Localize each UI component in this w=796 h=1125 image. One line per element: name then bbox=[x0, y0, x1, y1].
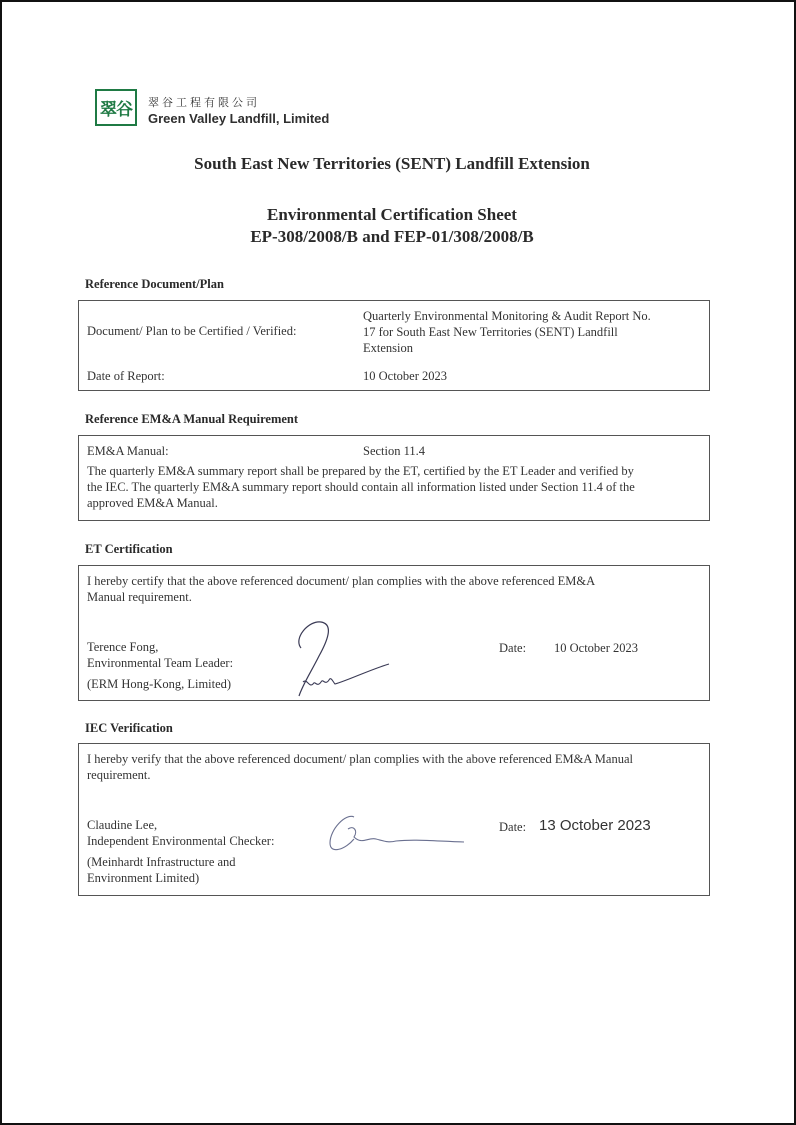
et-signatory-org: (ERM Hong-Kong, Limited) bbox=[87, 676, 231, 692]
document-title: Environmental Certification Sheet EP-308… bbox=[0, 204, 784, 248]
document-value-line: 17 for South East New Territories (SENT)… bbox=[363, 324, 703, 340]
signature-terence-fong-icon bbox=[289, 616, 399, 698]
permit-numbers: EP-308/2008/B and FEP-01/308/2008/B bbox=[0, 226, 784, 248]
project-title: South East New Territories (SENT) Landfi… bbox=[0, 154, 784, 174]
document-value-line: Extension bbox=[363, 340, 703, 356]
reference-document-box: Document/ Plan to be Certified / Verifie… bbox=[78, 300, 710, 391]
manual-label: EM&A Manual: bbox=[87, 443, 169, 459]
statement-line: requirement. bbox=[87, 767, 707, 783]
et-statement: I hereby certify that the above referenc… bbox=[87, 573, 707, 605]
iec-signatory-org: (Meinhardt Infrastructure and Environmen… bbox=[87, 854, 236, 886]
section-heading-iec-verification: IEC Verification bbox=[85, 721, 173, 736]
requirement-line: approved EM&A Manual. bbox=[87, 495, 707, 511]
requirement-line: the IEC. The quarterly EM&A summary repo… bbox=[87, 479, 707, 495]
iec-signatory-role: Independent Environmental Checker: bbox=[87, 833, 274, 849]
statement-line: I hereby verify that the above reference… bbox=[87, 751, 707, 767]
document-value-line: Quarterly Environmental Monitoring & Aud… bbox=[363, 308, 703, 324]
org-line: Environment Limited) bbox=[87, 870, 236, 886]
section-heading-reference-document: Reference Document/Plan bbox=[85, 277, 224, 292]
et-date-label: Date: bbox=[499, 640, 526, 656]
et-signatory-role: Environmental Team Leader: bbox=[87, 655, 233, 671]
manual-requirement-box: EM&A Manual: Section 11.4 The quarterly … bbox=[78, 435, 710, 521]
iec-statement: I hereby verify that the above reference… bbox=[87, 751, 707, 783]
logo-mark-text: 翠谷 bbox=[100, 95, 132, 120]
requirement-line: The quarterly EM&A summary report shall … bbox=[87, 463, 707, 479]
date-of-report-value: 10 October 2023 bbox=[363, 368, 447, 384]
et-date-value: 10 October 2023 bbox=[554, 640, 638, 656]
org-line: (Meinhardt Infrastructure and bbox=[87, 854, 236, 870]
document-value: Quarterly Environmental Monitoring & Aud… bbox=[363, 308, 703, 356]
section-heading-et-certification: ET Certification bbox=[85, 542, 173, 557]
iec-signatory-name: Claudine Lee, bbox=[87, 817, 157, 833]
iec-verification-box: I hereby verify that the above reference… bbox=[78, 743, 710, 896]
statement-line: I hereby certify that the above referenc… bbox=[87, 573, 707, 589]
section-heading-manual-requirement: Reference EM&A Manual Requirement bbox=[85, 412, 298, 427]
et-certification-box: I hereby certify that the above referenc… bbox=[78, 565, 710, 701]
statement-line: Manual requirement. bbox=[87, 589, 707, 605]
iec-date-label: Date: bbox=[499, 819, 526, 835]
manual-requirement-text: The quarterly EM&A summary report shall … bbox=[87, 463, 707, 511]
signature-claudine-lee-icon bbox=[324, 809, 469, 859]
date-of-report-label: Date of Report: bbox=[87, 368, 165, 384]
document-label: Document/ Plan to be Certified / Verifie… bbox=[87, 323, 296, 339]
et-signatory-name: Terence Fong, bbox=[87, 639, 158, 655]
iec-date-value: 13 October 2023 bbox=[539, 818, 651, 834]
sheet-title: Environmental Certification Sheet bbox=[0, 204, 784, 226]
company-name-english: Green Valley Landfill, Limited bbox=[148, 111, 329, 126]
company-logo-icon: 翠谷 bbox=[95, 89, 137, 126]
manual-section-value: Section 11.4 bbox=[363, 443, 425, 459]
company-name-chinese: 翠谷工程有限公司 bbox=[148, 94, 260, 110]
